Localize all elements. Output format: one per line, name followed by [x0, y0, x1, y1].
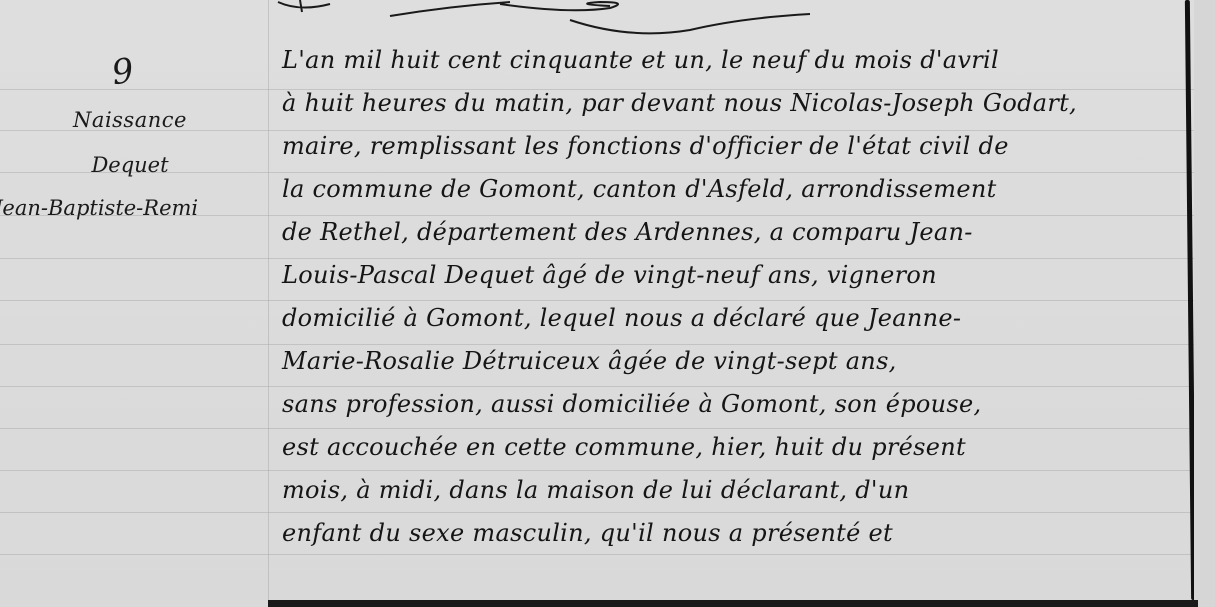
- act-text-line: sans profession, aussi domiciliée à Gomo…: [282, 390, 981, 418]
- act-type-label: Naissance: [30, 108, 230, 132]
- ruled-line: [0, 428, 1195, 429]
- act-text-line: domicilié à Gomont, lequel nous a déclar…: [282, 304, 961, 332]
- ruled-line: [0, 512, 1195, 513]
- page-bottom-edge: [268, 600, 1198, 607]
- pen-flourish: [270, 0, 970, 40]
- ruled-line: [0, 386, 1195, 387]
- act-text-line: à huit heures du matin, par devant nous …: [282, 89, 1077, 117]
- act-text-line: enfant du sexe masculin, qu'il nous a pr…: [282, 519, 893, 547]
- child-surname: Dequet: [30, 153, 230, 177]
- facing-page-edge: [1194, 0, 1215, 607]
- act-text-line: L'an mil huit cent cinquante et un, le n…: [282, 46, 999, 74]
- act-text-line: Marie-Rosalie Détruiceux âgée de vingt-s…: [282, 347, 897, 375]
- act-text-line: Louis-Pascal Dequet âgé de vingt-neuf an…: [282, 261, 937, 289]
- ruled-line: [0, 554, 1195, 555]
- act-text-line: mois, à midi, dans la maison de lui décl…: [282, 476, 909, 504]
- ruled-line: [0, 300, 1195, 301]
- child-given-names: Jean-Baptiste-Remi: [0, 196, 254, 220]
- margin-divider: [268, 0, 269, 607]
- act-number: 9: [109, 51, 136, 94]
- act-text-line: est accouchée en cette commune, hier, hu…: [282, 433, 966, 461]
- register-page: 9 Naissance Dequet Jean-Baptiste-Remi L'…: [0, 0, 1215, 607]
- act-text-line: la commune de Gomont, canton d'Asfeld, a…: [282, 175, 997, 203]
- ruled-line: [0, 344, 1195, 345]
- act-text-line: maire, remplissant les fonctions d'offic…: [282, 132, 1009, 160]
- ruled-line: [0, 470, 1195, 471]
- ruled-line: [0, 258, 1195, 259]
- act-text-line: de Rethel, département des Ardennes, a c…: [282, 218, 973, 246]
